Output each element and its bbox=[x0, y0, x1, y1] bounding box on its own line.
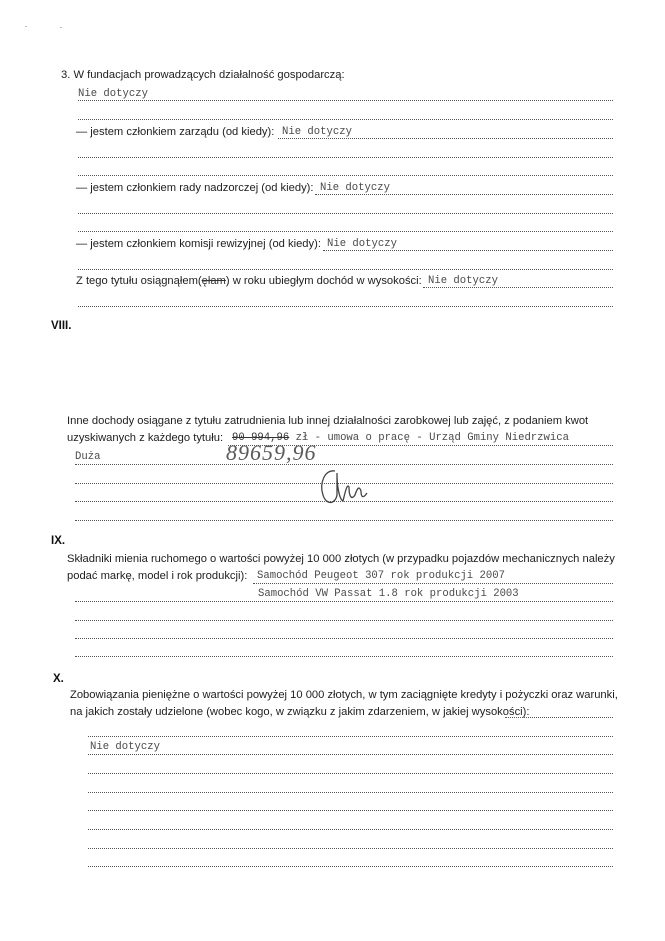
fill-line bbox=[88, 754, 613, 755]
fill-line bbox=[78, 231, 613, 232]
fill-line bbox=[323, 250, 613, 251]
fill-line bbox=[423, 287, 613, 288]
other-income-value-line2[interactable]: Duża bbox=[75, 451, 100, 464]
section-x-text-line2: na jakich zostały udzielone (wobec kogo,… bbox=[70, 705, 530, 719]
scan-speck bbox=[60, 27, 62, 28]
section-x-text-line1: Zobowiązania pieniężne o wartości powyże… bbox=[70, 688, 618, 702]
fill-line bbox=[88, 792, 613, 793]
fill-line bbox=[78, 269, 613, 270]
other-income-description: zł - umowa o pracę - Urząd Gminy Niedrzw… bbox=[296, 432, 569, 444]
vehicle-1[interactable]: Samochód Peugeot 307 rok produkcji 2007 bbox=[257, 570, 505, 583]
fill-line bbox=[75, 620, 613, 621]
fill-line bbox=[78, 306, 613, 307]
section-viii-text-line2: uzyskiwanych z każdego tytułu: bbox=[67, 431, 223, 445]
handwritten-amount: 89659,96 bbox=[226, 440, 317, 466]
fill-line bbox=[88, 829, 613, 830]
fill-line bbox=[253, 583, 613, 584]
fill-line bbox=[88, 773, 613, 774]
income-label-pre: Z tego tytułu osiągnąłem( bbox=[76, 275, 202, 287]
fill-line bbox=[315, 194, 613, 195]
fill-line bbox=[75, 601, 613, 602]
fill-line bbox=[78, 119, 613, 120]
board-member-label: — jestem członkiem zarządu (od kiedy): bbox=[76, 125, 274, 139]
section-x-numeral: X. bbox=[53, 673, 64, 685]
income-label-post: ) w roku ubiegłym dochód w wysokości: bbox=[226, 275, 422, 287]
fill-line bbox=[88, 866, 613, 867]
scan-speck bbox=[25, 26, 27, 27]
fill-line bbox=[78, 175, 613, 176]
fill-line bbox=[75, 483, 613, 484]
section-viii-numeral: VIII. bbox=[51, 320, 71, 332]
supervisory-board-label: — jestem członkiem rady nadzorczej (od k… bbox=[76, 181, 314, 195]
fill-line bbox=[75, 638, 613, 639]
fill-line bbox=[78, 100, 613, 101]
section-viii-text-line1: Inne dochody osiągane z tytułu zatrudnie… bbox=[67, 414, 588, 428]
fill-line bbox=[75, 501, 613, 502]
signature-icon bbox=[315, 465, 375, 510]
fill-line bbox=[278, 138, 613, 139]
income-label-struck: ęłam bbox=[202, 275, 226, 287]
fill-line bbox=[88, 736, 613, 737]
fill-line bbox=[75, 656, 613, 657]
fill-line bbox=[88, 848, 613, 849]
fill-line bbox=[505, 717, 613, 718]
audit-committee-label: — jestem członkiem komisji rewizyjnej (o… bbox=[76, 237, 321, 251]
section-ix-numeral: IX. bbox=[51, 535, 65, 547]
fill-line bbox=[78, 157, 613, 158]
section-ix-text-line2: podać markę, model i rok produkcji): bbox=[67, 569, 247, 583]
fill-line bbox=[88, 810, 613, 811]
fill-line bbox=[75, 520, 613, 521]
income-label: Z tego tytułu osiągnąłem(ęłam) w roku ub… bbox=[76, 274, 422, 288]
liabilities-answer[interactable]: Nie dotyczy bbox=[90, 741, 160, 754]
section-ix-text-line1: Składniki mienia ruchomego o wartości po… bbox=[67, 552, 615, 566]
section-3-heading: 3. W fundacjach prowadzących działalność… bbox=[61, 68, 345, 82]
fill-line bbox=[78, 213, 613, 214]
vehicle-2[interactable]: Samochód VW Passat 1.8 rok produkcji 200… bbox=[258, 588, 519, 601]
